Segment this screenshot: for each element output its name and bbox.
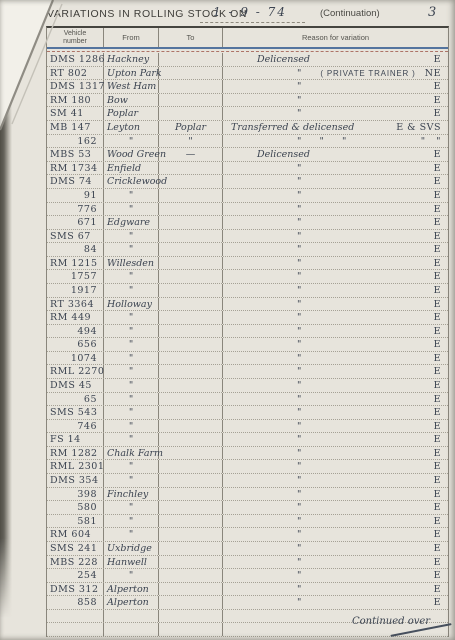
table-row: FS 14 " " E (47, 433, 448, 447)
cell-vehicle-number: DMS 354 (47, 474, 104, 487)
reason-text: Transferred & delicensed (223, 122, 354, 133)
cell-from: " (104, 379, 159, 392)
cell-reason: " E (223, 556, 448, 569)
cell-reason: Delicensed E (223, 148, 448, 161)
cell-to (159, 406, 223, 419)
cell-from: " (104, 528, 159, 541)
table-row: 1917 " " E (47, 284, 448, 298)
cell-reason: " E (223, 311, 448, 324)
cell-to (159, 270, 223, 283)
cell-reason: Transferred & delicensed E & SVS (223, 121, 448, 134)
table-row: RM 604 " " E (47, 528, 448, 542)
reason-text: " (223, 461, 301, 472)
cell-from: Enfield (104, 162, 159, 175)
cell-vehicle-number: SMS 241 (47, 542, 104, 555)
cell-from: " (104, 420, 159, 433)
cell-from: Alperton (104, 583, 159, 596)
cell-reason: " E (223, 447, 448, 460)
cell-to: — (159, 148, 223, 161)
reason-text: " (223, 339, 301, 350)
cell-reason: " E (223, 474, 448, 487)
cell-reason: " E (223, 162, 448, 175)
cell-from: Finchley (104, 488, 159, 501)
cell-reason: " E (223, 107, 448, 120)
cell-from: " (104, 352, 159, 365)
cell-code: E (434, 583, 441, 596)
cell-vehicle-number: 580 (47, 501, 104, 514)
page-fold-corner (0, 0, 120, 150)
cell-from: Cricklewood (104, 175, 159, 188)
cell-reason: " E (223, 80, 448, 93)
cell-from: " (104, 338, 159, 351)
reason-text: " (223, 353, 301, 364)
cell-reason: Delicensed E (223, 53, 448, 66)
cell-code: E (434, 216, 441, 229)
cell-to (159, 610, 223, 623)
table-row: 65 " " E (47, 393, 448, 407)
cell-vehicle-number: 746 (47, 420, 104, 433)
cell-reason: " E (223, 352, 448, 365)
cell-vehicle-number: DMS 45 (47, 379, 104, 392)
reason-text: Delicensed (223, 149, 310, 160)
cell-code: E (434, 162, 441, 175)
cell-from: Wood Green (104, 148, 159, 161)
table-row: RT 3364 Holloway " E (47, 298, 448, 312)
cell-vehicle-number: 91 (47, 189, 104, 202)
cell-to (159, 474, 223, 487)
cell-vehicle-number: FS 14 (47, 433, 104, 446)
table-row: 91 " " E (47, 189, 448, 203)
cell-from: " (104, 284, 159, 297)
reason-note: ( PRIVATE TRAINER ) (320, 69, 415, 78)
cell-code: E (434, 596, 441, 609)
cell-reason: " E (223, 433, 448, 446)
reason-text: " (223, 489, 301, 500)
cell-code: E (434, 80, 441, 93)
cell-reason: " E (223, 406, 448, 419)
cell-vehicle-number: RT 3364 (47, 298, 104, 311)
reason-text: " (223, 584, 301, 595)
cell-code: E (434, 175, 441, 188)
cell-code: E & SVS (396, 121, 441, 134)
cell-code: E (434, 365, 441, 378)
cell-to (159, 515, 223, 528)
cell-from: Alperton (104, 596, 159, 609)
cell-code: E (434, 203, 441, 216)
cell-vehicle-number: 858 (47, 596, 104, 609)
table-row: 671 Edgware " E (47, 216, 448, 230)
table-row: RM 1734 Enfield " E (47, 162, 448, 176)
table-row: RML 2270 " " E (47, 365, 448, 379)
reason-text: " (223, 108, 301, 119)
cell-from: Uxbridge (104, 542, 159, 555)
cell-to (159, 365, 223, 378)
cell-reason: " E (223, 203, 448, 216)
reason-text: " (223, 475, 301, 486)
table-row: 1074 " " E (47, 352, 448, 366)
cell-code: E (434, 325, 441, 338)
reason-text: " (223, 312, 301, 323)
table-row: RM 449 " " E (47, 311, 448, 325)
cell-code: E (434, 474, 441, 487)
cell-to (159, 67, 223, 80)
cell-reason: " E (223, 460, 448, 473)
reason-text: " (223, 421, 301, 432)
table-row: MBS 53 Wood Green — Delicensed E (47, 148, 448, 162)
reason-text: " (223, 271, 301, 282)
cell-code: E (434, 257, 441, 270)
cell-from: " (104, 203, 159, 216)
cell-vehicle-number: 1917 (47, 284, 104, 297)
cell-vehicle-number: 776 (47, 203, 104, 216)
reason-text: " (223, 68, 301, 79)
cell-reason: " E (223, 488, 448, 501)
cell-to (159, 623, 223, 636)
cell-to (159, 583, 223, 596)
cell-from: Willesden (104, 257, 159, 270)
cell-reason: " ( PRIVATE TRAINER ) NE (223, 67, 448, 80)
cell-to (159, 325, 223, 338)
cell-to (159, 189, 223, 202)
cell-code: E (434, 230, 441, 243)
cell-to: " (159, 135, 223, 148)
cell-reason: " E (223, 230, 448, 243)
cell-vehicle-number: DMS 312 (47, 583, 104, 596)
table-row: SMS 67 " " E (47, 230, 448, 244)
cell-reason: " E (223, 542, 448, 555)
cell-to (159, 94, 223, 107)
cell-reason: " " " " " (223, 135, 448, 148)
cell-vehicle-number: RM 1734 (47, 162, 104, 175)
cell-from: Edgware (104, 216, 159, 229)
cell-vehicle-number (47, 623, 104, 636)
cell-to (159, 433, 223, 446)
reason-text: " (223, 529, 301, 540)
cell-from: " (104, 393, 159, 406)
column-header-to: To (159, 28, 223, 47)
cell-to (159, 447, 223, 460)
cell-reason: " E (223, 257, 448, 270)
reason-text: " (223, 258, 301, 269)
cell-code: E (434, 379, 441, 392)
reason-text (223, 611, 231, 622)
cell-vehicle-number: 1757 (47, 270, 104, 283)
cell-from: " (104, 325, 159, 338)
cell-to (159, 162, 223, 175)
table-row: DMS 74 Cricklewood " E (47, 175, 448, 189)
cell-to (159, 243, 223, 256)
cell-reason: " E (223, 175, 448, 188)
cell-from: Hanwell (104, 556, 159, 569)
cell-code: E (434, 94, 441, 107)
column-header-reason: Reason for variation (223, 28, 448, 47)
cell-code: E (434, 270, 441, 283)
cell-code: E (434, 460, 441, 473)
cell-vehicle-number: 65 (47, 393, 104, 406)
cell-to (159, 460, 223, 473)
cell-from: " (104, 365, 159, 378)
continuation-label: (Continuation) (320, 8, 380, 19)
cell-from: Chalk Farm (104, 447, 159, 460)
cell-from: " (104, 501, 159, 514)
cell-vehicle-number: 671 (47, 216, 104, 229)
cell-to (159, 596, 223, 609)
cell-vehicle-number: SMS 543 (47, 406, 104, 419)
reason-text: " (223, 543, 301, 554)
cell-from (104, 610, 159, 623)
cell-reason: " E (223, 420, 448, 433)
cell-vehicle-number (47, 610, 104, 623)
cell-from: " (104, 311, 159, 324)
reason-text: " (223, 570, 301, 581)
cell-reason: " E (223, 325, 448, 338)
cell-reason: " E (223, 338, 448, 351)
cell-code: E (434, 298, 441, 311)
table-row: 746 " " E (47, 420, 448, 434)
cell-vehicle-number: RM 1215 (47, 257, 104, 270)
reason-text: " (223, 597, 301, 608)
cell-reason: " E (223, 284, 448, 297)
cell-code: E (434, 393, 441, 406)
table-row: DMS 312 Alperton " E (47, 583, 448, 597)
cell-from: Holloway (104, 298, 159, 311)
cell-from: " (104, 515, 159, 528)
table-row: 858 Alperton " E (47, 596, 448, 610)
cell-to (159, 216, 223, 229)
cell-vehicle-number: RML 2301 (47, 460, 104, 473)
cell-reason: " E (223, 243, 448, 256)
table-row: 1757 " " E (47, 270, 448, 284)
reason-text: " (223, 163, 301, 174)
reason-text: " " " (223, 136, 346, 147)
table-row: MBS 228 Hanwell " E (47, 556, 448, 570)
cell-vehicle-number: 656 (47, 338, 104, 351)
reason-text: " (223, 95, 301, 106)
reason-text: " (223, 502, 301, 513)
table-row: DMS 354 " " E (47, 474, 448, 488)
cell-code: E (434, 501, 441, 514)
cell-reason: " E (223, 569, 448, 582)
cell-to (159, 556, 223, 569)
cell-code: E (434, 148, 441, 161)
reason-text: Delicensed (223, 54, 310, 65)
table-row: 494 " " E (47, 325, 448, 339)
reason-text: " (223, 176, 301, 187)
cell-vehicle-number: DMS 74 (47, 175, 104, 188)
cell-to (159, 420, 223, 433)
cell-reason: " E (223, 515, 448, 528)
cell-to (159, 338, 223, 351)
cell-vehicle-number: MBS 228 (47, 556, 104, 569)
table-row: 580 " " E (47, 501, 448, 515)
cell-vehicle-number: RM 1282 (47, 447, 104, 460)
reason-text: " (223, 326, 301, 337)
reason-text: " (223, 299, 301, 310)
table-row: 254 " " E (47, 569, 448, 583)
cell-from: " (104, 243, 159, 256)
reason-text: " (223, 217, 301, 228)
reason-text: " (223, 557, 301, 568)
cell-to (159, 107, 223, 120)
cell-to (159, 298, 223, 311)
cell-to (159, 569, 223, 582)
cell-to (159, 542, 223, 555)
cell-code: E (434, 515, 441, 528)
cell-to: Poplar (159, 121, 223, 134)
table-row: DMS 45 " " E (47, 379, 448, 393)
date-blank-line (200, 22, 305, 23)
table-row: 581 " " E (47, 515, 448, 529)
cell-code: E (434, 406, 441, 419)
cell-code: E (434, 488, 441, 501)
reason-text: " (223, 394, 301, 405)
reason-text: " (223, 285, 301, 296)
table-row: 398 Finchley " E (47, 488, 448, 502)
cell-from: " (104, 569, 159, 582)
cell-vehicle-number: 494 (47, 325, 104, 338)
cell-to (159, 488, 223, 501)
reason-text: " (223, 380, 301, 391)
cell-from: " (104, 433, 159, 446)
reason-text (223, 624, 231, 635)
cell-code: E (434, 420, 441, 433)
cell-code: E (434, 433, 441, 446)
reason-text: " (223, 516, 301, 527)
cell-vehicle-number: RM 449 (47, 311, 104, 324)
cell-to (159, 311, 223, 324)
cell-reason: " E (223, 393, 448, 406)
cell-from (104, 623, 159, 636)
cell-vehicle-number: 398 (47, 488, 104, 501)
cell-vehicle-number: RML 2270 (47, 365, 104, 378)
cell-reason: " E (223, 270, 448, 283)
cell-code: E (434, 311, 441, 324)
cell-code: E (434, 243, 441, 256)
reason-text: " (223, 448, 301, 459)
cell-reason: " E (223, 583, 448, 596)
reason-text: " (223, 231, 301, 242)
cell-to (159, 379, 223, 392)
cell-code: E (434, 569, 441, 582)
cell-code: E (434, 338, 441, 351)
cell-vehicle-number: 581 (47, 515, 104, 528)
cell-code: E (434, 352, 441, 365)
cell-vehicle-number: SMS 67 (47, 230, 104, 243)
cell-vehicle-number: RM 604 (47, 528, 104, 541)
page-number: 3 (428, 5, 436, 20)
cell-vehicle-number: 84 (47, 243, 104, 256)
reason-text: " (223, 81, 301, 92)
cell-to (159, 175, 223, 188)
cell-code: E (434, 528, 441, 541)
cell-to (159, 257, 223, 270)
table-row: 776 " " E (47, 203, 448, 217)
cell-vehicle-number: 1074 (47, 352, 104, 365)
cell-reason: " E (223, 298, 448, 311)
cell-code: E (434, 447, 441, 460)
table-row: RM 1215 Willesden " E (47, 257, 448, 271)
cell-from: " (104, 270, 159, 283)
table-row: RML 2301 " " E (47, 460, 448, 474)
cell-code: E (434, 556, 441, 569)
cell-to (159, 528, 223, 541)
cell-to (159, 203, 223, 216)
reason-text: " (223, 204, 301, 215)
cell-to (159, 80, 223, 93)
cell-to (159, 393, 223, 406)
table-row: 656 " " E (47, 338, 448, 352)
table-row: SMS 241 Uxbridge " E (47, 542, 448, 556)
cell-vehicle-number: 254 (47, 569, 104, 582)
cell-from: " (104, 189, 159, 202)
cell-to (159, 53, 223, 66)
cell-code: E (434, 53, 441, 66)
reason-text: " (223, 244, 301, 255)
cell-reason: " E (223, 501, 448, 514)
cell-from: " (104, 460, 159, 473)
reason-text: " (223, 434, 301, 445)
cell-code: " " (421, 135, 441, 148)
handwritten-date: 1 - 9 - 74 (213, 5, 287, 19)
cell-reason: " E (223, 365, 448, 378)
reason-text: " (223, 407, 301, 418)
cell-code: NE (425, 67, 441, 80)
cell-code: E (434, 284, 441, 297)
cell-to (159, 352, 223, 365)
cell-code: E (434, 107, 441, 120)
reason-text: " (223, 366, 301, 377)
cell-reason: " E (223, 189, 448, 202)
table-row: RM 1282 Chalk Farm " E (47, 447, 448, 461)
table-row: SMS 543 " " E (47, 406, 448, 420)
cell-to (159, 230, 223, 243)
cell-from: " (104, 230, 159, 243)
cell-from: " (104, 406, 159, 419)
cell-reason: " E (223, 94, 448, 107)
continued-over-note: Continued over (352, 616, 430, 627)
cell-reason: " E (223, 216, 448, 229)
cell-reason: " E (223, 528, 448, 541)
cell-code: E (434, 189, 441, 202)
cell-to (159, 284, 223, 297)
cell-vehicle-number: MBS 53 (47, 148, 104, 161)
cell-from: " (104, 474, 159, 487)
cell-to (159, 501, 223, 514)
table-row: 84 " " E (47, 243, 448, 257)
cell-code: E (434, 542, 441, 555)
cell-reason: " E (223, 596, 448, 609)
cell-reason: " E (223, 379, 448, 392)
reason-text: " (223, 190, 301, 201)
